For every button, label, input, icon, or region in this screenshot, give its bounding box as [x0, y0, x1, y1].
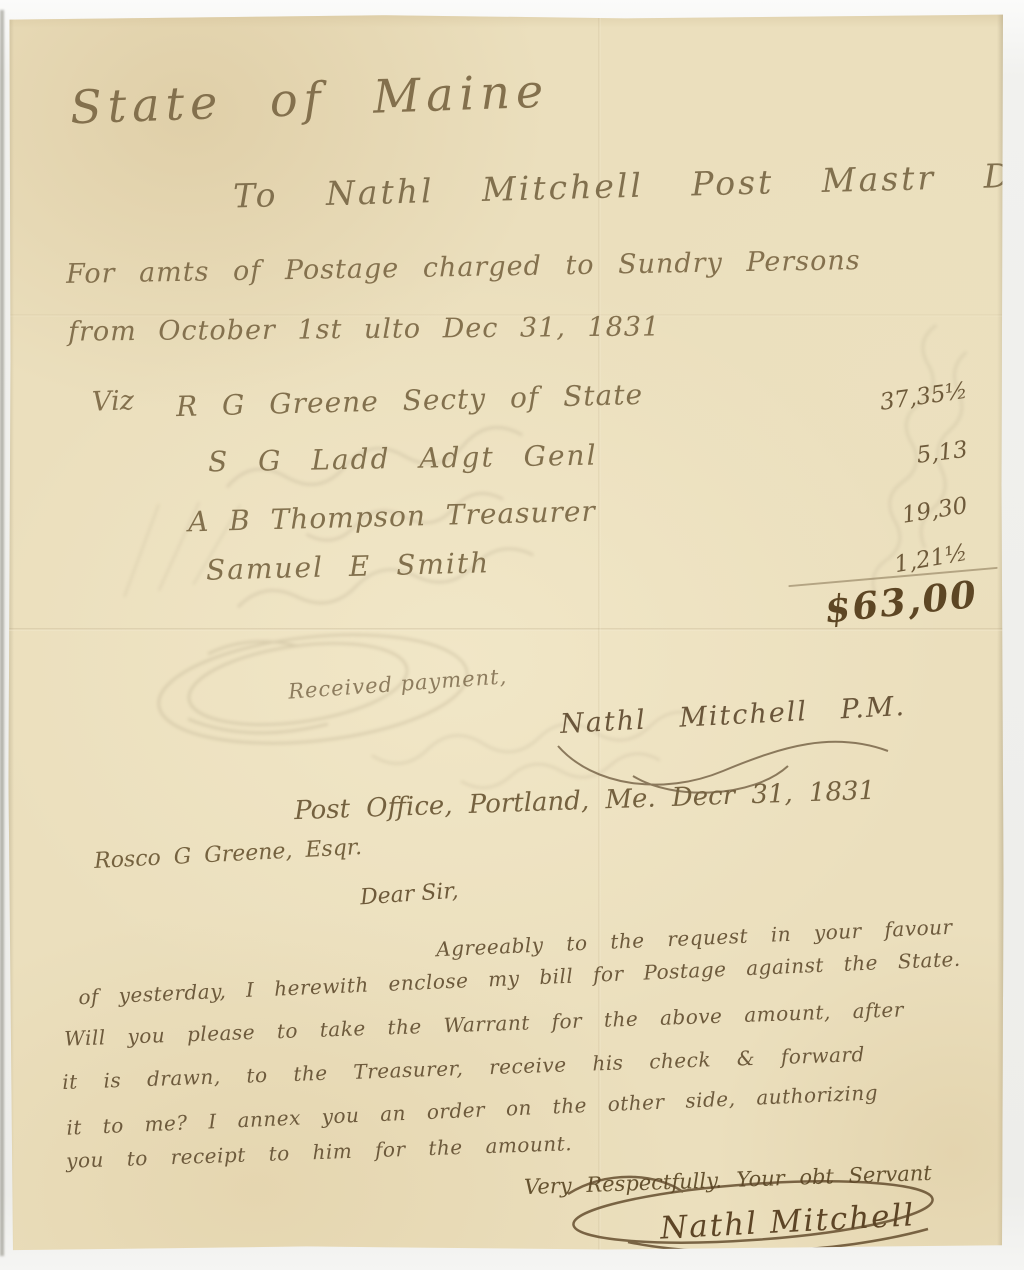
bill-item-amount: 37,35½: [847, 378, 969, 420]
bill-item-name: R G Greene Secty of State: [176, 378, 644, 423]
debtor-line: To Nathl Mitchell Post Mastr Dr: [233, 156, 1024, 216]
bill-item-name: Samuel E Smith: [206, 546, 491, 586]
bill-item-amount: 19,30: [847, 493, 970, 537]
bill-item-name: A B Thompson Treasurer: [188, 495, 597, 539]
bleedthrough-writing-smudge: [53, 394, 564, 694]
received-payment-signature: Nathl Mitchell P.M.: [559, 691, 906, 740]
viz-label: Viz: [91, 385, 134, 417]
letter-body-line: Will you please to take the Warrant for …: [64, 997, 904, 1050]
letter-dateline: Post Office, Portland, Me. Decr 31, 1831: [294, 776, 876, 826]
state-heading: State of Maine: [69, 64, 550, 135]
letter-body-line: you to receipt to him for the amount.: [66, 1131, 573, 1173]
letter-recipient: Rosco G Greene, Esqr.: [94, 835, 363, 874]
bill-item-name: S G Ladd Adgt Genl: [208, 439, 598, 479]
letter-closing: Very Respectfully. Your obt Servant: [524, 1161, 932, 1199]
scanned-document-page: { "billhead": { "state_line": "State of …: [0, 0, 1024, 1270]
bill-purpose-line-2: from October 1st ulto Dec 31, 1831: [68, 311, 660, 347]
received-payment-note: Received payment,: [287, 664, 508, 703]
bill-purpose-line-1: For amts of Postage charged to Sundry Pe…: [66, 245, 861, 290]
paper-edge-shadow: [0, 10, 4, 1256]
letter-salutation: Dear Sir,: [359, 879, 459, 911]
manuscript-paper: State of Maine To Nathl Mitchell Post Ma…: [8, 14, 1004, 1252]
letter-signature: Nathl Mitchell: [659, 1197, 916, 1246]
bill-item-amount: 5,13: [847, 437, 969, 477]
